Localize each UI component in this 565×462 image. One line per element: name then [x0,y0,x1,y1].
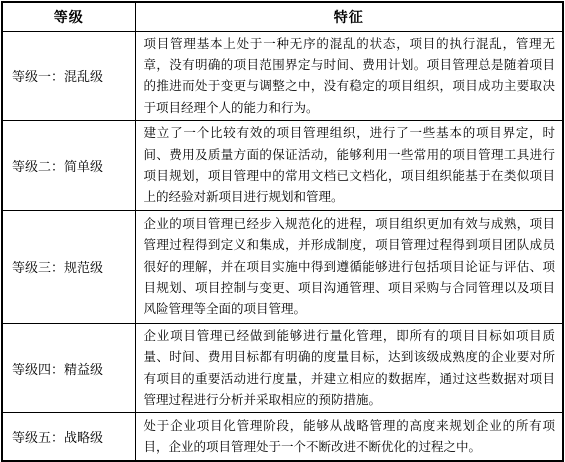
level-3-feature-text: 企业的项目管理已经步入规范化的进程，项目组织更加有效与成熟，项目管理过程得到定义… [135,210,563,323]
table-row-level-2: 等级二：简单级 建立了一个比较有效的项目管理组织，进行了一些基本的项目界定，时间… [2,121,563,211]
level-4-label: 等级四：精益级 [2,323,135,413]
level-2-label: 等级二：简单级 [2,121,135,211]
header-row: 等级 特征 [2,2,563,31]
column-header-feature: 特征 [135,2,563,31]
table-row-level-4: 等级四：精益级 企业项目管理已经做到能够进行量化管理，即所有的项目目标如项目质量… [2,323,563,413]
level-1-feature-text: 项目管理基本上处于一种无序的混乱的状态，项目的执行混乱，管理无章，没有明确的项目… [135,31,563,121]
level-2-feature-text: 建立了一个比较有效的项目管理组织，进行了一些基本的项目界定，时间、费用及质量方面… [135,121,563,211]
level-1-label: 等级一：混乱级 [2,31,135,121]
level-3-label: 等级三：规范级 [2,210,135,323]
column-header-level: 等级 [2,2,135,31]
document-page: 等级 特征 等级一：混乱级 项目管理基本上处于一种无序的混乱的状态，项目的执行混… [0,0,565,454]
table-row-level-1: 等级一：混乱级 项目管理基本上处于一种无序的混乱的状态，项目的执行混乱，管理无章… [2,31,563,121]
table-row-level-3: 等级三：规范级 企业的项目管理已经步入规范化的进程，项目组织更加有效与成熟，项目… [2,210,563,323]
level-4-feature-text: 企业项目管理已经做到能够进行量化管理，即所有的项目目标如项目质量、时间、费用目标… [135,323,563,413]
maturity-levels-table: 等级 特征 等级一：混乱级 项目管理基本上处于一种无序的混乱的状态，项目的执行混… [1,1,564,462]
